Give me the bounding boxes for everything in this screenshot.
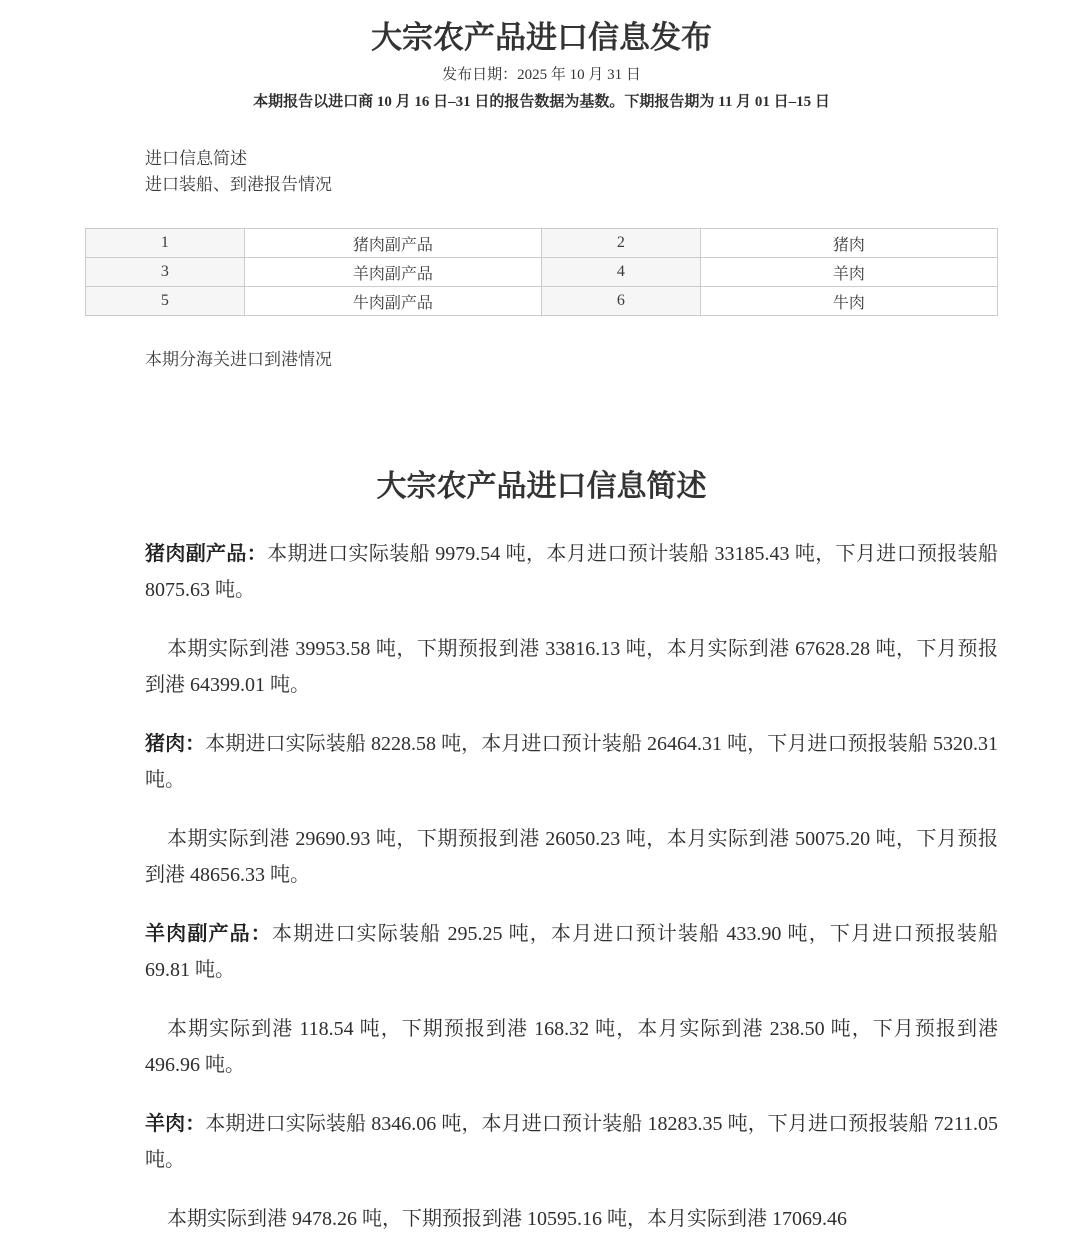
paragraph-text: 本期实际到港 39953.58 吨，下期预报到港 33816.13 吨，本月实际… (145, 638, 998, 696)
table-cell-index: 2 (541, 229, 700, 258)
publish-date: 发布日期：2025 年 10 月 31 日 (85, 65, 998, 85)
paragraph-text: 本期实际到港 9478.26 吨，下期预报到港 10595.16 吨，本月实际到… (167, 1208, 847, 1230)
table-cell-index: 6 (541, 287, 700, 316)
paragraph-mutton-shipping: 羊肉：本期进口实际装船 8346.06 吨，本月进口预计装船 18283.35 … (145, 1106, 998, 1178)
table-row: 1 猪肉副产品 2 猪肉 (86, 229, 998, 258)
paragraph-mutton-arrival: 本期实际到港 9478.26 吨，下期预报到港 10595.16 吨，本月实际到… (145, 1201, 998, 1236)
paragraph-text: 本期进口实际装船 9979.54 吨，本月进口预计装船 33185.43 吨，下… (145, 543, 998, 601)
page-title: 大宗农产品进口信息发布 (85, 18, 998, 58)
document-page: 大宗农产品进口信息发布 发布日期：2025 年 10 月 31 日 本期报告以进… (0, 0, 1080, 1236)
table-cell-product: 牛肉副产品 (244, 287, 541, 316)
paragraph-mutton-byproduct-arrival: 本期实际到港 118.54 吨，下期预报到港 168.32 吨，本月实际到港 2… (145, 1011, 998, 1083)
table-cell-index: 1 (86, 229, 245, 258)
section-labels: 进口信息简述 进口装船、到港报告情况 (145, 146, 998, 198)
paragraph-lead: 羊肉： (145, 1113, 205, 1135)
summary-section-title: 大宗农产品进口信息简述 (85, 466, 998, 508)
table-row: 5 牛肉副产品 6 牛肉 (86, 287, 998, 316)
customs-arrival-caption: 本期分海关进口到港情况 (145, 347, 998, 372)
table-cell-product: 羊肉 (700, 258, 997, 287)
table-cell-index: 3 (86, 258, 245, 287)
paragraph-text: 本期实际到港 118.54 吨，下期预报到港 168.32 吨，本月实际到港 2… (145, 1018, 998, 1076)
table-cell-product: 羊肉副产品 (244, 258, 541, 287)
paragraph-text: 本期实际到港 29690.93 吨，下期预报到港 26050.23 吨，本月实际… (145, 828, 998, 886)
summary-paragraphs: 猪肉副产品：本期进口实际装船 9979.54 吨，本月进口预计装船 33185.… (145, 536, 998, 1236)
product-index-table: 1 猪肉副产品 2 猪肉 3 羊肉副产品 4 羊肉 5 牛肉副产品 6 牛肉 (85, 228, 998, 316)
paragraph-pork-byproduct-shipping: 猪肉副产品：本期进口实际装船 9979.54 吨，本月进口预计装船 33185.… (145, 536, 998, 608)
paragraph-mutton-byproduct-shipping: 羊肉副产品：本期进口实际装船 295.25 吨，本月进口预计装船 433.90 … (145, 916, 998, 988)
paragraph-lead: 猪肉： (145, 733, 205, 755)
paragraph-text: 本期进口实际装船 8228.58 吨，本月进口预计装船 26464.31 吨，下… (145, 733, 998, 791)
section-label-shipping-arrival: 进口装船、到港报告情况 (145, 172, 998, 198)
report-basis-note: 本期报告以进口商 10 月 16 日–31 日的报告数据为基数。下期报告期为 1… (85, 92, 998, 112)
paragraph-lead: 羊肉副产品： (145, 923, 272, 945)
section-label-import-summary: 进口信息简述 (145, 146, 998, 172)
paragraph-text: 本期进口实际装船 8346.06 吨，本月进口预计装船 18283.35 吨，下… (145, 1113, 998, 1171)
paragraph-text: 本期进口实际装船 295.25 吨，本月进口预计装船 433.90 吨，下月进口… (145, 923, 998, 981)
table-cell-index: 5 (86, 287, 245, 316)
paragraph-pork-arrival: 本期实际到港 29690.93 吨，下期预报到港 26050.23 吨，本月实际… (145, 821, 998, 893)
table-cell-product: 牛肉 (700, 287, 997, 316)
paragraph-pork-shipping: 猪肉：本期进口实际装船 8228.58 吨，本月进口预计装船 26464.31 … (145, 726, 998, 798)
paragraph-lead: 猪肉副产品： (145, 543, 267, 565)
table-cell-index: 4 (541, 258, 700, 287)
table-row: 3 羊肉副产品 4 羊肉 (86, 258, 998, 287)
table-cell-product: 猪肉副产品 (244, 229, 541, 258)
table-cell-product: 猪肉 (700, 229, 997, 258)
paragraph-pork-byproduct-arrival: 本期实际到港 39953.58 吨，下期预报到港 33816.13 吨，本月实际… (145, 631, 998, 703)
